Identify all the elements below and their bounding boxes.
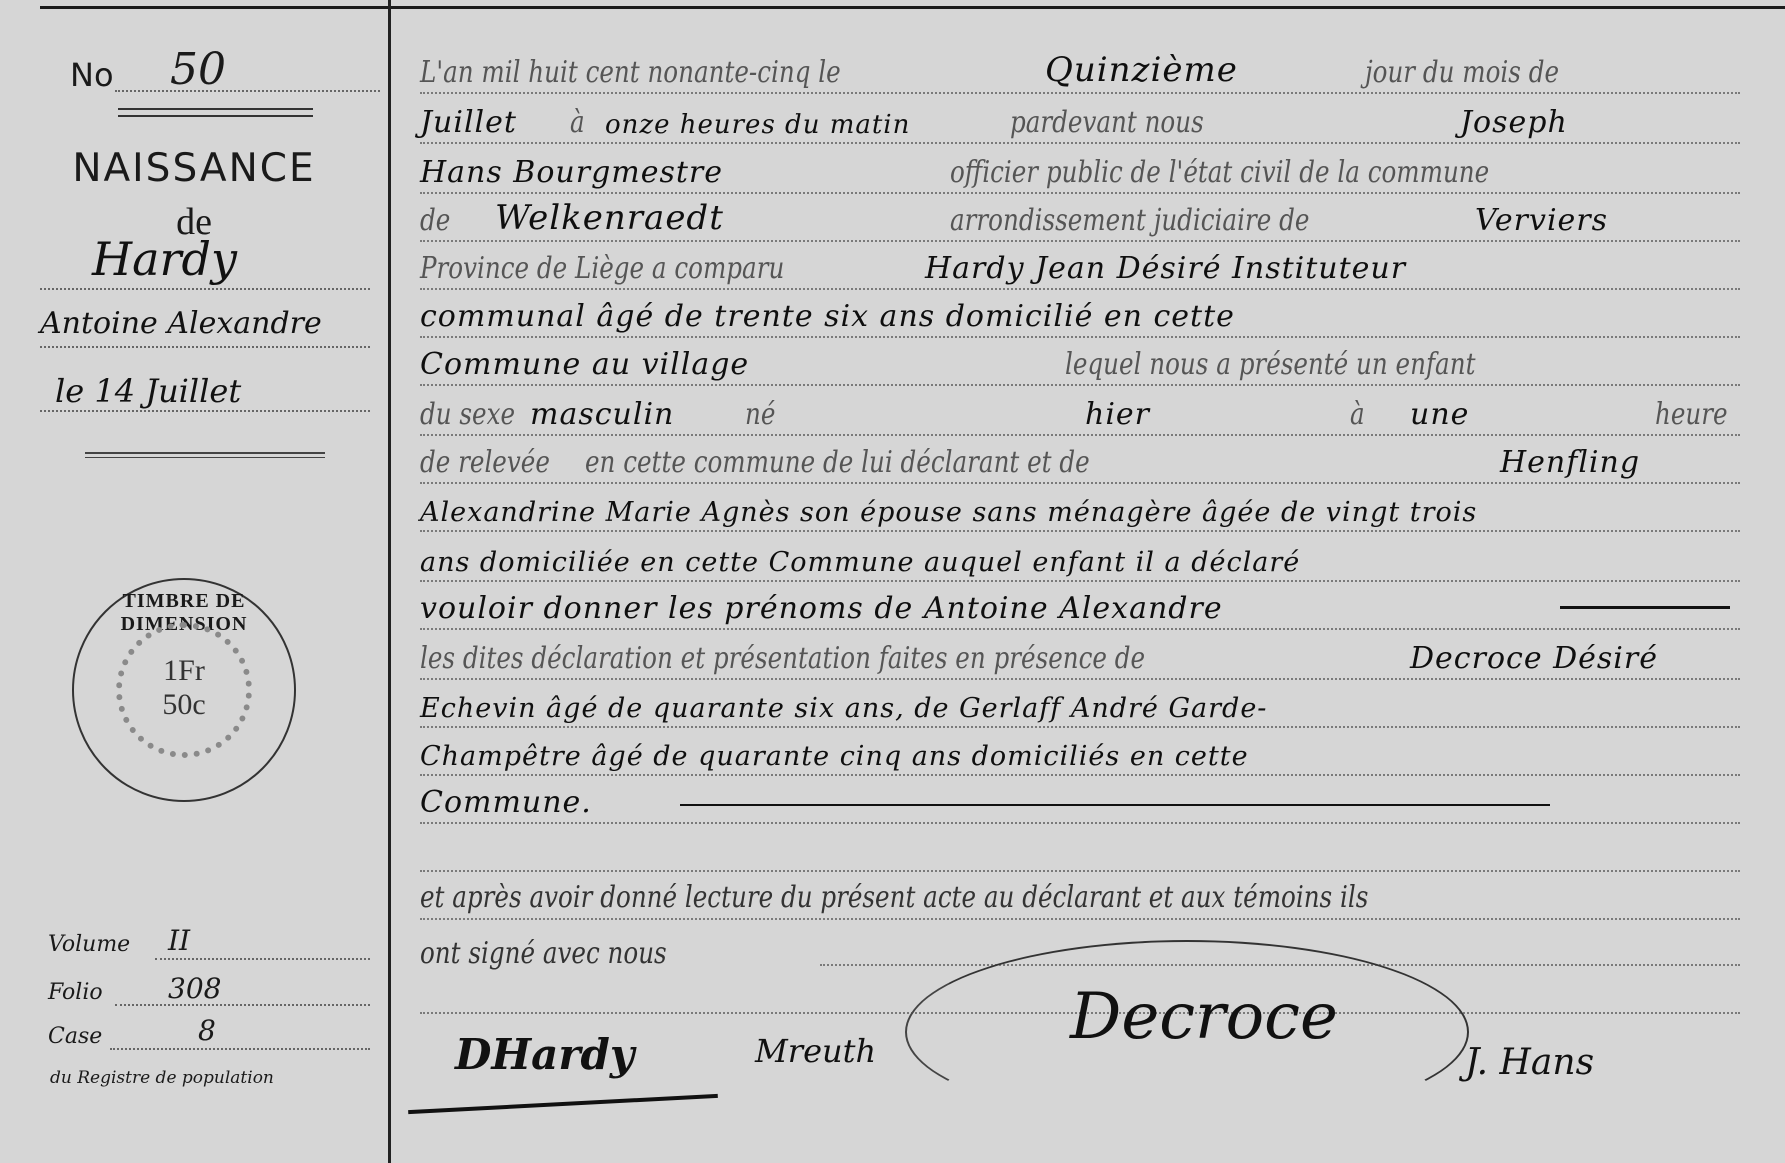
act-line-14: Echevin âgé de quarante six ans, de Gerl… [420, 682, 1740, 732]
printed-text: du sexe [420, 397, 515, 432]
printed-text: arrondissement judiciaire de [950, 203, 1309, 238]
separator-rule [85, 452, 325, 458]
printed-text: heure [1655, 397, 1728, 432]
written-text: communal âgé de trente six ans domicilié… [420, 299, 1235, 334]
dotted-line [155, 958, 370, 960]
printed-text: de [420, 203, 450, 238]
dotted-line [40, 346, 370, 348]
act-line-11: ans domiciliée en cette Commune auquel e… [420, 536, 1740, 586]
dotted-line [420, 678, 1740, 680]
act-line-5: Province de Liège a comparu Hardy Jean D… [420, 244, 1740, 294]
folio-value: 308 [168, 972, 221, 1005]
written-text: Decroce Désiré [1410, 641, 1658, 676]
dotted-line [420, 434, 1740, 436]
written-text: Henfling [1500, 445, 1640, 480]
signature-underline [408, 1094, 718, 1114]
written-text: masculin [530, 397, 674, 432]
dotted-line [115, 90, 380, 92]
written-text: une [1410, 397, 1469, 432]
dotted-line [420, 92, 1740, 94]
margin-column: No 50 NAISSANCE de Hardy Antoine Alexand… [0, 0, 388, 1163]
stamp-value-francs: 1Fr [74, 654, 294, 688]
signature-official: J. Hans [1465, 1042, 1594, 1083]
act-line-15: Champêtre âgé de quarante cinq ans domic… [420, 730, 1740, 780]
act-line-9: de relevée en cette commune de lui décla… [420, 438, 1740, 488]
act-line-3: Hans Bourgmestre officier public de l'ét… [420, 148, 1740, 198]
act-line-12: vouloir donner les prénoms de Antoine Al… [420, 584, 1740, 634]
dotted-line [420, 240, 1740, 242]
printed-text: à [570, 105, 585, 140]
written-text: Welkenraedt [495, 198, 724, 238]
tax-stamp: TIMBRE DE DIMENSION 1Fr 50c [72, 578, 296, 802]
written-text: Commune au village [420, 347, 749, 382]
stamp-value-centimes: 50c [74, 688, 294, 722]
dotted-line [40, 410, 370, 412]
dotted-line [420, 384, 1740, 386]
printed-text: les dites déclaration et présentation fa… [420, 641, 1145, 676]
act-line-4: de Welkenraedt arrondissement judiciaire… [420, 196, 1740, 246]
dotted-line [115, 1004, 370, 1006]
written-text: Quinzième [1045, 50, 1238, 90]
number-value: 50 [170, 44, 226, 95]
blank-line [420, 826, 1740, 876]
double-rule [118, 108, 313, 117]
printed-text: à [1350, 397, 1365, 432]
folio-label: Folio [48, 980, 103, 1005]
surname: Hardy [92, 232, 237, 286]
dotted-line [40, 288, 370, 290]
signature-witness-2: Decroce [1070, 980, 1338, 1054]
case-label: Case [48, 1024, 102, 1049]
dotted-line [420, 580, 1740, 582]
written-text: Juillet [420, 105, 517, 140]
document-page: No 50 NAISSANCE de Hardy Antoine Alexand… [0, 0, 1785, 1163]
written-text: Commune. [420, 785, 592, 820]
printed-text: pardevant nous [1010, 105, 1204, 140]
act-line-7: Commune au village lequel nous a présent… [420, 340, 1740, 390]
written-text: hier [1085, 397, 1150, 432]
dotted-line [420, 288, 1740, 290]
act-line-10: Alexandrine Marie Agnès son épouse sans … [420, 486, 1740, 536]
printed-text: né [745, 397, 775, 432]
line-filler [680, 804, 1550, 806]
birth-date: le 14 Juillet [55, 372, 241, 410]
act-line-13: les dites déclaration et présentation fa… [420, 634, 1740, 684]
printed-text: de relevée [420, 445, 550, 480]
line-filler [1560, 606, 1730, 609]
number-label: No [70, 56, 114, 94]
dotted-line [420, 628, 1740, 630]
act-line-6: communal âgé de trente six ans domicilié… [420, 292, 1740, 342]
volume-value: II [168, 924, 190, 957]
first-names: Antoine Alexandre [40, 306, 322, 341]
heading-naissance: NAISSANCE [0, 146, 388, 191]
printed-text: Province de Liège a comparu [420, 251, 784, 286]
written-text: vouloir donner les prénoms de Antoine Al… [420, 591, 1223, 626]
written-text: ans domiciliée en cette Commune auquel e… [420, 547, 1300, 578]
closing-formula-1: et après avoir donné lecture du présent … [420, 880, 1368, 915]
register-note: du Registre de population [50, 1068, 274, 1088]
dotted-line [420, 870, 1740, 872]
dotted-line [420, 336, 1740, 338]
signature-witness-1: Mreuth [755, 1032, 876, 1070]
act-number: No 50 [70, 50, 380, 90]
dotted-line [420, 142, 1740, 144]
printed-text: en cette commune de lui déclarant et de [585, 445, 1090, 480]
written-text: Verviers [1475, 203, 1608, 238]
act-line-1: L'an mil huit cent nonante-cinq le Quinz… [420, 48, 1740, 98]
dotted-line [420, 530, 1740, 532]
written-text: Champêtre âgé de quarante cinq ans domic… [420, 741, 1249, 772]
dotted-line [420, 726, 1740, 728]
closing-formula-2: ont signé avec nous [420, 936, 667, 971]
signature-declarant: DHardy [455, 1030, 634, 1079]
written-text: Joseph [1460, 105, 1568, 140]
printed-text: lequel nous a présenté un enfant [1065, 347, 1475, 382]
dotted-line [420, 822, 1740, 824]
dotted-line [110, 1048, 370, 1050]
act-line-8: du sexe masculin né hier à une heure [420, 390, 1740, 440]
written-text: onze heures du matin [605, 110, 910, 140]
printed-text: officier public de l'état civil de la co… [950, 155, 1489, 190]
stamp-value: 1Fr 50c [74, 654, 294, 722]
dotted-line [420, 482, 1740, 484]
case-value: 8 [198, 1014, 216, 1047]
act-line-2: Juillet à onze heures du matin pardevant… [420, 98, 1740, 148]
printed-text: L'an mil huit cent nonante-cinq le [420, 55, 841, 90]
printed-text: jour du mois de [1365, 55, 1559, 90]
dotted-line [420, 774, 1740, 776]
written-text: Hardy Jean Désiré Instituteur [925, 251, 1406, 286]
written-text: Echevin âgé de quarante six ans, de Gerl… [420, 693, 1267, 724]
column-divider [388, 0, 391, 1163]
written-text: Hans Bourgmestre [420, 155, 723, 190]
dotted-line [420, 192, 1740, 194]
written-text: Alexandrine Marie Agnès son épouse sans … [420, 497, 1477, 528]
volume-label: Volume [48, 932, 130, 957]
act-line-16: Commune. [420, 778, 1740, 828]
